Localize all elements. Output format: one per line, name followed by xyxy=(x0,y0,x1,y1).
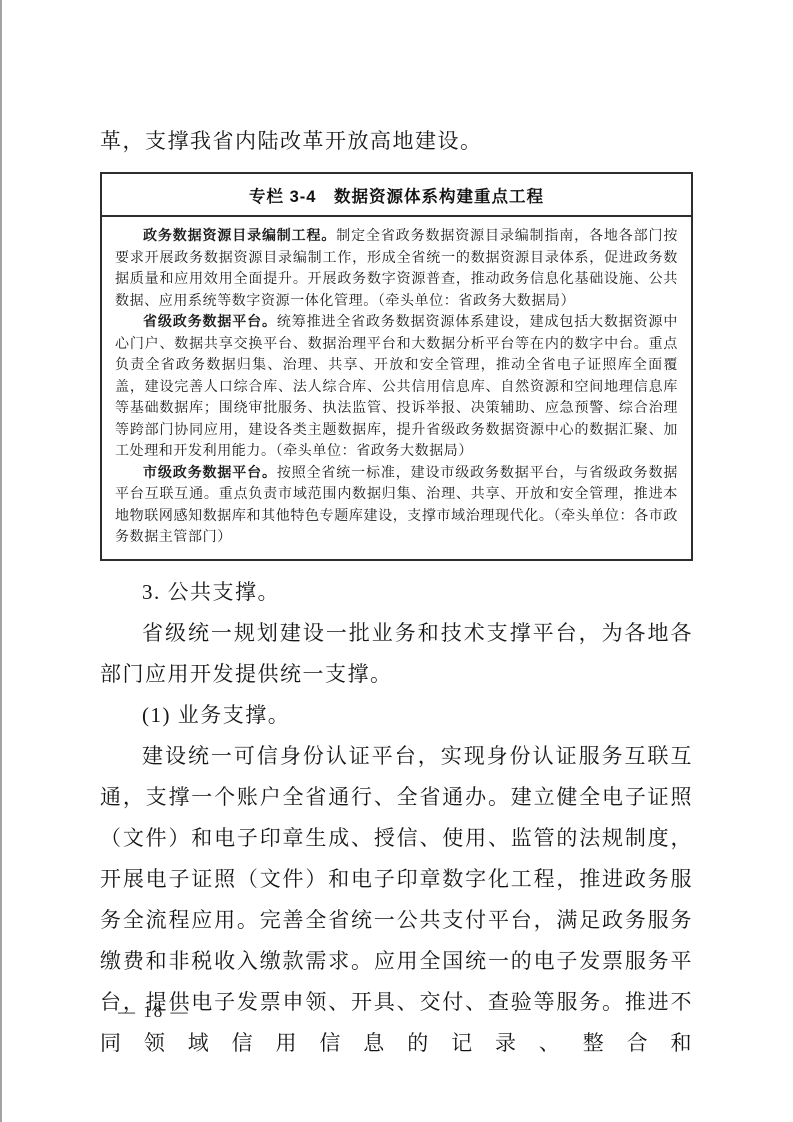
document-page: 革，支撑我省内陆改革开放高地建设。 专栏 3-4 数据资源体系构建重点工程 政务… xyxy=(0,0,793,1122)
intro-paragraph: 革，支撑我省内陆改革开放高地建设。 xyxy=(100,126,693,156)
box-paragraph-lead: 省级政务数据平台。 xyxy=(143,315,277,330)
page-content: 革，支撑我省内陆改革开放高地建设。 专栏 3-4 数据资源体系构建重点工程 政务… xyxy=(100,126,693,1064)
box-paragraph: 政务数据资源目录编制工程。制定全省政务数据资源目录编制指南，各地各部门按要求开展… xyxy=(115,226,678,312)
subsection-heading: (1) 业务支撑。 xyxy=(100,695,693,736)
page-number: — 18 — xyxy=(118,1002,190,1022)
box-paragraph-lead: 市级政务数据平台。 xyxy=(143,466,277,481)
callout-box: 专栏 3-4 数据资源体系构建重点工程 政务数据资源目录编制工程。制定全省政务数… xyxy=(100,172,693,561)
box-paragraph: 省级政务数据平台。统筹推进全省政务数据资源体系建设，建成包括大数据资源中心门户、… xyxy=(115,312,678,463)
box-paragraph-lead: 政务数据资源目录编制工程。 xyxy=(143,229,336,244)
callout-box-body: 政务数据资源目录编制工程。制定全省政务数据资源目录编制指南，各地各部门按要求开展… xyxy=(102,217,691,559)
page-edge-divider xyxy=(0,0,2,1122)
callout-box-title: 专栏 3-4 数据资源体系构建重点工程 xyxy=(102,174,691,217)
box-paragraph-text: 统筹推进全省政务数据资源体系建设，建成包括大数据资源中心门户、数据共享交换平台、… xyxy=(115,315,678,459)
section-heading: 3. 公共支撑。 xyxy=(100,572,693,613)
box-paragraph: 市级政务数据平台。按照全省统一标准，建设市级政务数据平台，与省级政务数据平台互联… xyxy=(115,463,678,549)
overview-paragraph: 省级统一规划建设一批业务和技术支撑平台，为各地各部门应用开发提供统一支撑。 xyxy=(100,613,693,695)
